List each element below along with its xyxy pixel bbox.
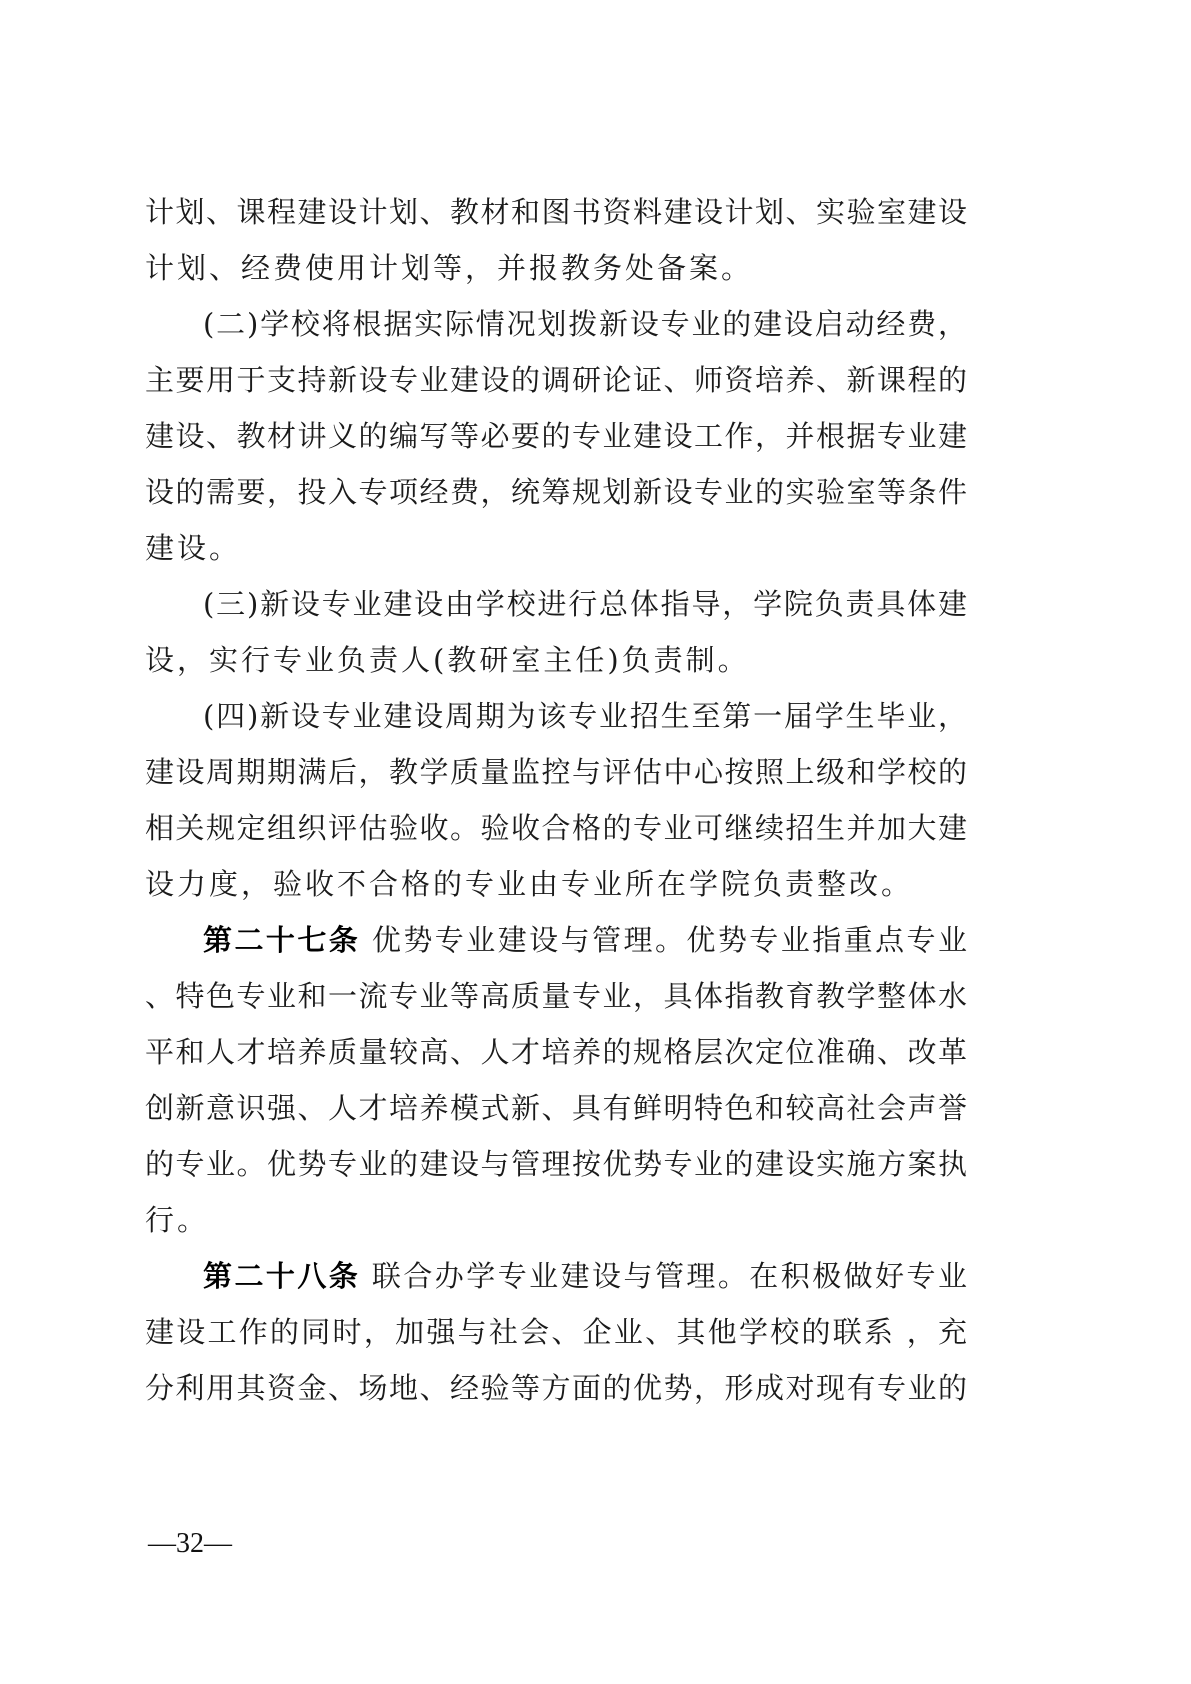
document-page: 计划、课程建设计划、教材和图书资料建设计划、实验室建设 计划、经费使用计划等，并… [0,0,1191,1684]
text-line: (三)新设专业建设由学校进行总体指导，学院负责具体建 [203,584,967,624]
article-28-heading-line: 第二十八条 联合办学专业建设与管理。在积极做好专业 [203,1256,967,1296]
text-line: 设力度，验收不合格的专业由专业所在学院负责整改。 [145,864,967,904]
text-line: 相关规定组织评估验收。验收合格的专业可继续招生并加大建 [145,808,967,848]
text-line: (二)学校将根据实际情况划拨新设专业的建设启动经费， [203,304,967,344]
article-number: 第二十七条 [203,923,360,957]
text-line: 行。 [145,1200,967,1240]
article-text: 优势专业建设与管理。优势专业指重点专业 [360,923,967,957]
text-line: 设，实行专业负责人(教研室主任)负责制。 [145,640,967,680]
text-line: 建设周期期满后，教学质量监控与评估中心按照上级和学校的 [145,752,967,792]
text-line: (四)新设专业建设周期为该专业招生至第一届学生毕业， [203,696,967,736]
article-number: 第二十八条 [203,1259,360,1293]
text-line: 建设工作的同时，加强与社会、企业、其他学校的联系 ，充 [145,1312,967,1352]
text-line: 计划、经费使用计划等，并报教务处备案。 [145,248,967,288]
text-line: 设的需要，投入专项经费，统筹规划新设专业的实验室等条件 [145,472,967,512]
text-line: 、特色专业和一流专业等高质量专业，具体指教育教学整体水 [145,976,967,1016]
article-27-heading-line: 第二十七条 优势专业建设与管理。优势专业指重点专业 [203,920,967,960]
text-line: 建设、教材讲义的编写等必要的专业建设工作，并根据专业建 [145,416,967,456]
text-line: 平和人才培养质量较高、人才培养的规格层次定位准确、改革 [145,1032,967,1072]
text-line: 主要用于支持新设专业建设的调研论证、师资培养、新课程的 [145,360,967,400]
page-number: —32— [148,1528,232,1560]
article-text: 联合办学专业建设与管理。在积极做好专业 [360,1259,967,1293]
text-line: 建设。 [145,528,967,568]
text-line: 的专业。优势专业的建设与管理按优势专业的建设实施方案执 [145,1144,967,1184]
text-line: 分利用其资金、场地、经验等方面的优势，形成对现有专业的 [145,1368,967,1408]
text-line: 计划、课程建设计划、教材和图书资料建设计划、实验室建设 [145,192,967,232]
text-line: 创新意识强、人才培养模式新、具有鲜明特色和较高社会声誉 [145,1088,967,1128]
